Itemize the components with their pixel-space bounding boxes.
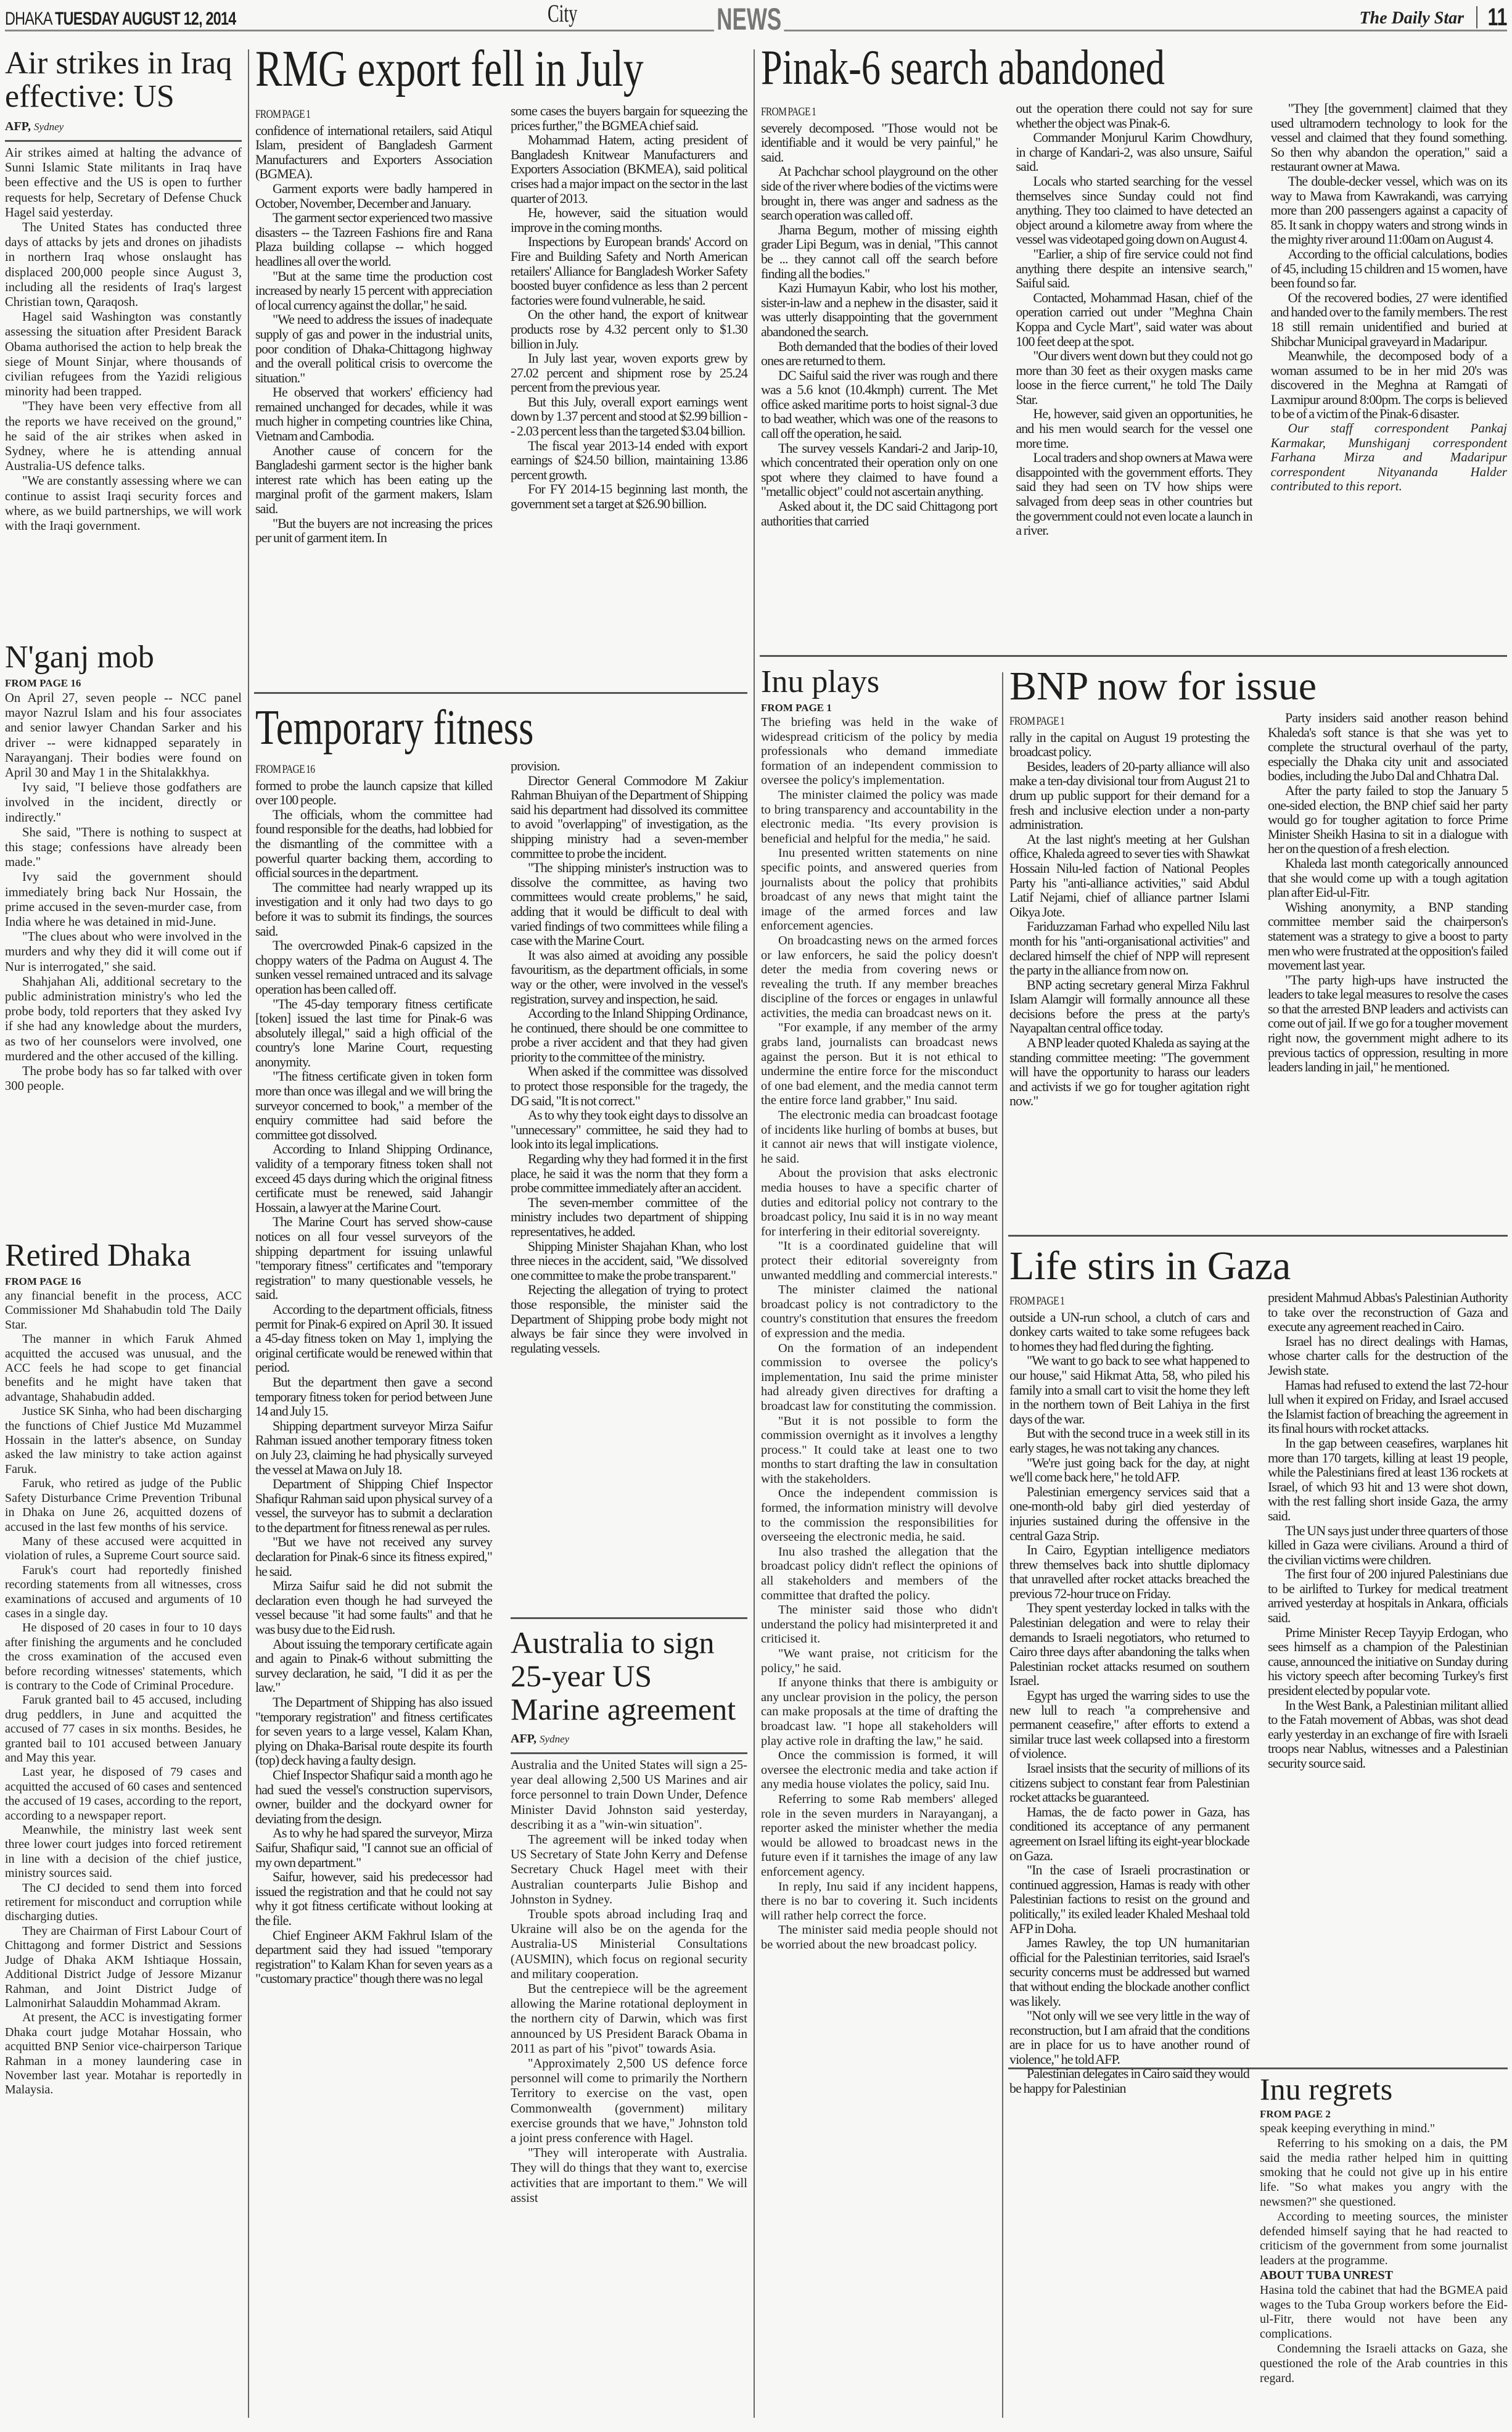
article-rmg-export: RMG export fell in July FROM PAGE 1 conf… [255,43,747,545]
section-divider [760,655,1507,657]
from-page: FROM PAGE 1 [761,702,998,714]
article-inu-regrets: Inu regrets FROM PAGE 2 speak keeping ev… [1260,2074,1508,2386]
headline: BNP now for issue [1009,666,1508,707]
section-divider [1008,1235,1508,1237]
headline: Inu regrets [1260,2074,1508,2104]
page-number: 11 [1487,4,1507,31]
category-label: NEWS [714,1,784,37]
article-body-col1: FROM PAGE 16 formed to probe the launch … [255,759,492,1986]
article-australia: Australia to sign 25-year US Marine agre… [511,1626,747,2206]
brand-logo: The Daily Star [1359,9,1464,28]
article-iraq: Air strikes in Iraq effective: US AFP, S… [5,47,242,534]
masthead-divider [1476,6,1477,28]
section-label: City [548,0,577,28]
article-body-col2: president Mahmud Abbas's Palestinian Aut… [1268,1290,1508,2096]
column-divider [754,49,755,2418]
article-pinak6: Pinak-6 search abandoned FROM PAGE 1 sev… [761,43,1507,538]
article-body: On April 27, seven people -- NCC panel m… [5,691,242,1094]
headline: Temporary fitness [255,703,639,752]
byline: AFP, Sydney [511,1732,747,1754]
column-divider [248,49,249,2418]
article-gaza: Life stirs in Gaza FROM PAGE 1 outside a… [1009,1246,1508,2096]
contributors-credit: Our staff correspondent Pankaj Karmakar,… [1271,421,1507,494]
article-body: The briefing was held in the wake of wid… [761,715,998,1952]
headline: Life stirs in Gaza [1009,1246,1508,1287]
from-page: FROM PAGE 1 [761,105,955,120]
section-divider [511,1617,747,1619]
article-inu-plays: Inu plays FROM PAGE 1 The briefing was h… [761,666,998,1952]
headline: N'ganj mob [5,641,242,674]
headline: RMG export fell in July [255,43,639,95]
subheading: ABOUT TUBA UNREST [1260,2269,1508,2283]
column-divider [1002,672,1003,2418]
headline: Inu plays [761,666,998,698]
from-page: FROM PAGE 16 [5,1276,242,1288]
article-body-col1: FROM PAGE 1 severely decomposed. "Those … [761,101,997,538]
headline: Australia to sign 25-year US Marine agre… [511,1626,747,1726]
article-nganj: N'ganj mob FROM PAGE 16 On April 27, sev… [5,641,242,1094]
article-body-col3: "They [the government] claimed that they… [1271,101,1507,538]
article-body-col1: FROM PAGE 1 outside a UN-run school, a c… [1009,1290,1249,2096]
article-body-col1: FROM PAGE 1 confidence of international … [255,104,492,545]
from-page: FROM PAGE 2 [1260,2108,1508,2121]
article-bnp: BNP now for issue FROM PAGE 1 rally in t… [1009,666,1508,1108]
article-retired-dhaka: Retired Dhaka FROM PAGE 16 any financial… [5,1240,242,2098]
from-page: FROM PAGE 1 [1009,714,1206,729]
section-divider [254,692,747,694]
article-body: any financial benefit in the process, AC… [5,1289,242,2098]
article-body: speak keeping everything in mind." Refer… [1260,2122,1508,2386]
page-masthead: DHAKA TUESDAY AUGUST 12, 2014 City NEWS … [5,0,1507,31]
article-body: Australia and the United States will sig… [511,1758,747,2206]
article-body-col1: FROM PAGE 1 rally in the capital on Augu… [1009,711,1249,1108]
from-page: FROM PAGE 16 [255,762,450,777]
from-page: FROM PAGE 1 [255,107,450,122]
article-body: Air strikes aimed at halting the advance… [5,146,242,534]
from-page: FROM PAGE 16 [5,677,242,690]
headline: Air strikes in Iraq effective: US [5,47,242,113]
headline: Retired Dhaka [5,1240,242,1272]
article-body-col2: Party insiders said another reason behin… [1268,711,1508,1108]
headline: Pinak-6 search abandoned [761,43,1343,93]
from-page: FROM PAGE 1 [1009,1294,1206,1309]
article-body-col2: out the operation there could not say fo… [1016,101,1252,538]
article-body-col2: some cases the buyers bargain for squeez… [511,104,747,545]
byline: AFP, Sydney [5,120,242,142]
masthead-date: DHAKA TUESDAY AUGUST 12, 2014 [5,9,236,30]
